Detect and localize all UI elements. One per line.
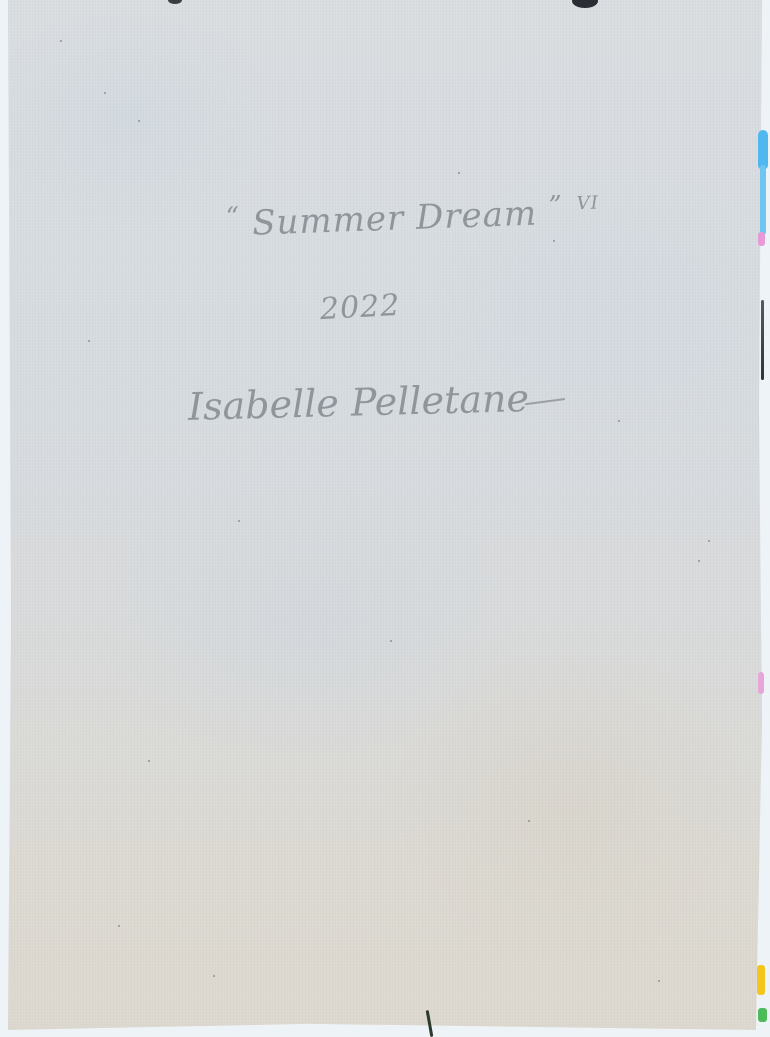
title-text: Summer Dream bbox=[252, 194, 538, 244]
speck bbox=[553, 240, 555, 242]
speck bbox=[528, 820, 530, 822]
speck bbox=[708, 540, 710, 542]
green-paint-drip bbox=[758, 1008, 767, 1022]
speck bbox=[138, 120, 140, 122]
artwork-year: 2022 bbox=[319, 288, 401, 327]
speck bbox=[238, 520, 240, 522]
pink-paint-drip-lower bbox=[758, 672, 764, 694]
blue-paint-drip-long bbox=[760, 165, 766, 235]
signature-text: Isabelle Pelletane bbox=[187, 376, 529, 429]
open-quote: “ bbox=[225, 202, 240, 232]
speck bbox=[618, 420, 620, 422]
canvas-sheet: “ Summer Dream ” VI 2022 Isabelle Pellet… bbox=[8, 0, 762, 1030]
speck bbox=[60, 40, 62, 42]
speck bbox=[458, 172, 460, 174]
pink-paint-drip bbox=[758, 232, 765, 246]
canvas-back-photo: “ Summer Dream ” VI 2022 Isabelle Pellet… bbox=[0, 0, 770, 1037]
signature-flourish bbox=[525, 398, 565, 405]
fabric-texture bbox=[8, 0, 762, 1030]
speck bbox=[698, 560, 700, 562]
speck bbox=[213, 975, 215, 977]
yellow-paint-drip bbox=[757, 965, 765, 995]
speck bbox=[88, 340, 90, 342]
blue-paint-drip bbox=[758, 130, 768, 170]
artwork-title: “ Summer Dream ” VI bbox=[225, 190, 599, 245]
speck bbox=[104, 92, 106, 94]
artist-signature: Isabelle Pelletane bbox=[187, 375, 565, 429]
dark-paint-edge bbox=[761, 300, 764, 380]
speck bbox=[118, 925, 120, 927]
title-numeral: VI bbox=[576, 192, 599, 214]
speck bbox=[390, 640, 392, 642]
speck bbox=[658, 980, 660, 982]
close-quote: ” bbox=[548, 191, 563, 221]
speck bbox=[148, 760, 150, 762]
